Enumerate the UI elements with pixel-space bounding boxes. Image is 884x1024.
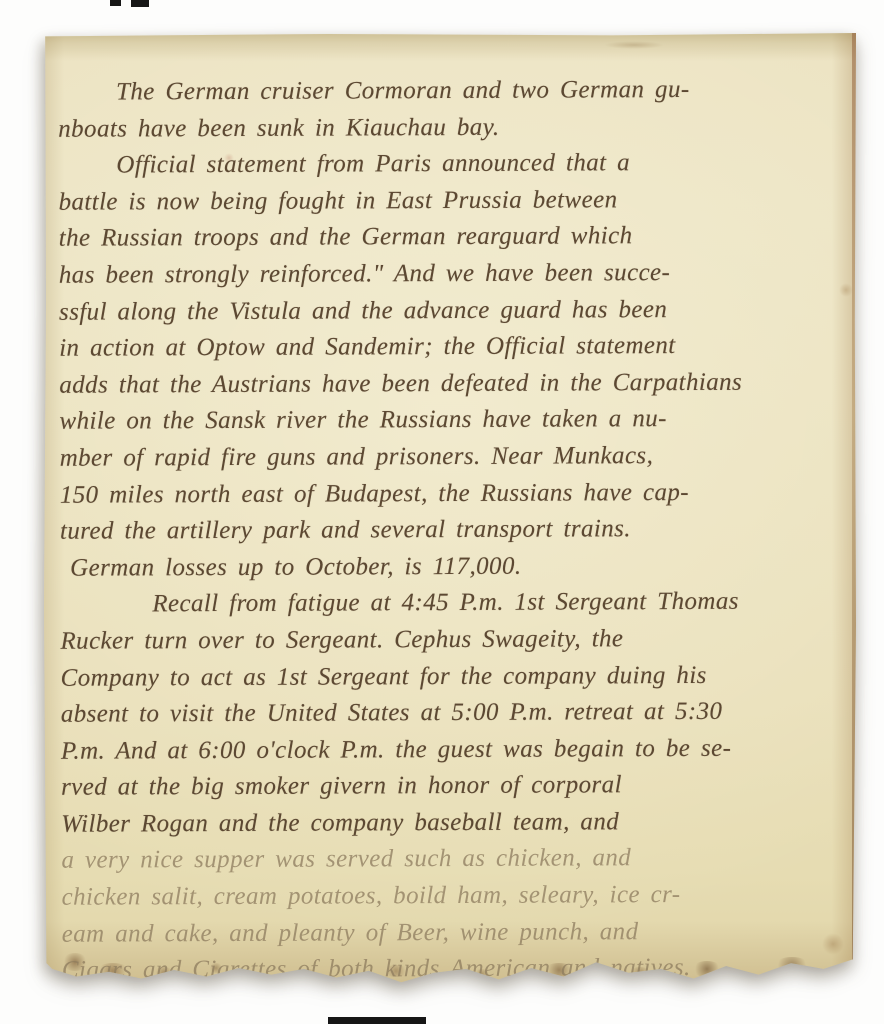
handwritten-line: a very nice supper was served such as ch… — [61, 844, 847, 884]
paper-sheet: The German cruiser Cormoran and two Germ… — [44, 33, 856, 988]
handwritten-line: battle is now being fought in East Pruss… — [58, 185, 844, 225]
handwritten-line: ssful along the Vistula and the advance … — [59, 295, 845, 335]
scan-artifact-bottom-bar — [328, 1017, 426, 1024]
handwritten-line: Wilber Rogan and the company baseball te… — [61, 807, 847, 847]
handwritten-line: Company to act as 1st Sergeant for the c… — [61, 661, 847, 701]
handwritten-line: P.m. And at 6:00 o'clock P.m. the guest … — [61, 734, 847, 774]
foxing-spot — [604, 41, 664, 49]
handwritten-line: The German cruiser Cormoran and two Germ… — [58, 75, 844, 115]
handwritten-line: while on the Sansk river the Russians ha… — [59, 405, 845, 445]
manuscript-text: The German cruiser Cormoran and two Germ… — [58, 75, 848, 993]
handwritten-line: rved at the big smoker givern in honor o… — [61, 771, 847, 811]
handwritten-line: German losses up to October, is 117,000. — [60, 551, 846, 591]
handwritten-line: mber of rapid fire guns and prisoners. N… — [60, 441, 846, 481]
handwritten-line: nboats have been sunk in Kiauchau bay. — [58, 112, 844, 152]
scan-artifact-top-left — [110, 0, 121, 6]
handwritten-line: the Russian troops and the German reargu… — [59, 222, 845, 262]
handwritten-line: eam and cake, and pleanty of Beer, wine … — [62, 917, 848, 957]
manuscript-page: The German cruiser Cormoran and two Germ… — [44, 33, 856, 988]
handwritten-line: Recall from fatigue at 4:45 P.m. 1st Ser… — [60, 588, 846, 628]
handwritten-line: Rucker turn over to Sergeant. Cephus Swa… — [60, 624, 846, 664]
handwritten-line: in action at Optow and Sandemir; the Off… — [59, 331, 845, 371]
handwritten-line: absent to visit the United States at 5:0… — [61, 697, 847, 737]
handwritten-line: Official statement from Paris announced … — [58, 148, 844, 188]
handwritten-line: has been strongly reinforced." And we ha… — [59, 258, 845, 298]
handwritten-line: tured the artillery park and several tra… — [60, 514, 846, 554]
scan-artifact-top-right — [131, 0, 149, 7]
page-edge-shading — [852, 33, 856, 988]
scan-background: The German cruiser Cormoran and two Germ… — [0, 0, 884, 1024]
handwritten-line: chicken salit, cream potatoes, boild ham… — [62, 880, 848, 920]
handwritten-line: Cigars and Cigrettes of both kinds Ameri… — [62, 954, 848, 994]
handwritten-line: 150 miles north east of Budapest, the Ru… — [60, 478, 846, 518]
handwritten-line: adds that the Austrians have been defeat… — [59, 368, 845, 408]
